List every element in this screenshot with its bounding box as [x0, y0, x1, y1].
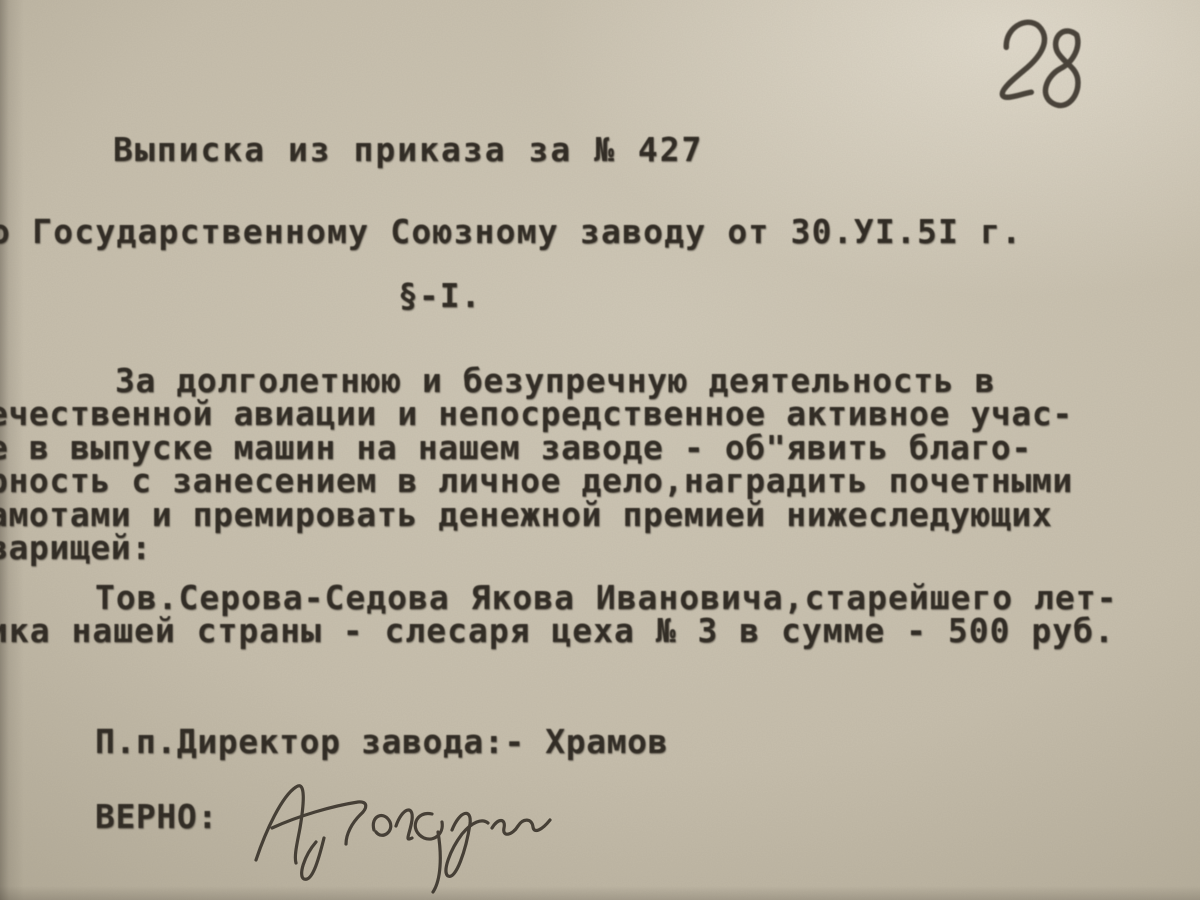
organization-line: о Государственному Союзному заводу от 30…: [0, 212, 1022, 251]
body-line: е в выпуске машин на нашем заводе - об"я…: [0, 431, 1073, 464]
body-line: ечественной авиации и непосредственное а…: [0, 397, 1073, 430]
body-line: амотами и премировать денежной премией н…: [0, 498, 1073, 531]
director-signature-line: П.п.Директор завода:- Храмов: [95, 722, 668, 761]
body-line: За долголетнюю и безупречную деятельност…: [0, 364, 1073, 397]
document-title: Выписка из приказа за № 427: [113, 130, 703, 169]
section-heading: §-I.: [398, 276, 481, 315]
award-paragraph: Тов.Серова-Седова Якова Ивановича,старей…: [0, 581, 1118, 648]
handwritten-signature: [228, 768, 588, 898]
award-line: Тов.Серова-Седова Якова Ивановича,старей…: [0, 581, 1118, 614]
body-paragraph: За долголетнюю и безупречную деятельност…: [0, 364, 1073, 564]
certified-label: ВЕРНО:: [95, 797, 218, 836]
document-scan: Выписка из приказа за № 427 о Государств…: [0, 0, 1200, 900]
award-line: ика нашей страны - слесаря цеха № 3 в су…: [0, 614, 1118, 647]
handwritten-page-number: [988, 10, 1118, 125]
body-line: варищей:: [0, 531, 1073, 564]
body-line: рность с занесением в личное дело,наград…: [0, 464, 1073, 497]
